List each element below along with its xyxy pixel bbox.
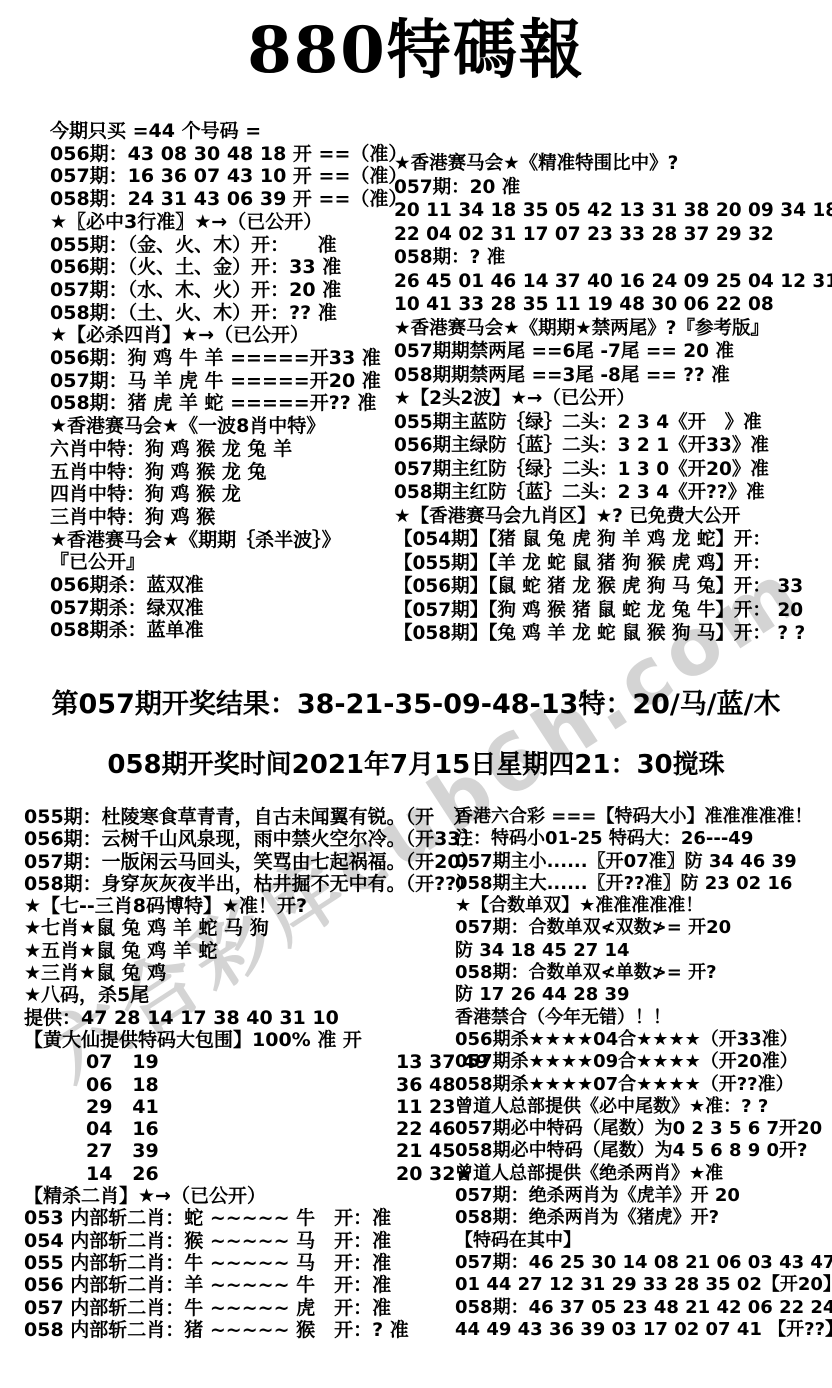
table-cell: 06 18 [24,1074,396,1096]
next-draw-announcement: 058期开奖时间2021年7月15日星期四21：30搅珠 [0,744,832,781]
text-line: 057期杀★★★★09合★★★★（开20准） [455,1051,832,1073]
text-line: 057期：一版闲云马回头，笑骂由七起祸福。（开20） [24,851,454,873]
bottom-left-bottom-lines: 【精杀二肖】★→（已公开）053 内部斩二肖：蛇 ~~~~~ 牛 开：准054 … [24,1185,454,1341]
table-cell: 07 19 [24,1051,396,1073]
text-line: 058期杀★★★★07合★★★★（开??准） [455,1074,832,1096]
text-line: 香港禁合（今年无错）！！ [455,1007,832,1029]
text-line: 057期：46 25 30 14 08 21 06 03 43 47 [455,1252,832,1274]
text-line: 058 内部斩二肖：猪 ~~~~~ 猴 开：? 准 [24,1319,454,1341]
text-line: 057期主小......〖开07准〗防 34 46 39 [455,851,832,873]
text-line: 防 17 26 44 28 39 [455,984,832,1006]
text-line: 056期杀：蓝双准 [50,574,395,597]
text-line: 今期只买 =44 个号码 = [50,120,395,143]
text-line: 056 内部斩二肖：羊 ~~~~~ 牛 开：准 [24,1274,454,1296]
text-line: 【黄大仙提供特码大包围】100% 准 开 [24,1029,454,1051]
text-line: 058期主红防｛蓝｝二头：2 3 4《开??》准 [394,481,830,505]
text-line: 【054期】【猪 鼠 兔 虎 狗 羊 鸡 龙 蛇】开： [394,528,830,552]
text-line: 注：特码小01-25 特码大：26---49 [455,828,832,850]
text-line: 058期：身穿灰灰夜半出，枯井掘不无中有。（开??） [24,873,454,895]
text-line: 曾道人总部提供《绝杀两肖》★准 [455,1163,832,1185]
table-cell: 04 16 [24,1118,396,1140]
text-line: ★【七--三肖8码博特】★准！开? [24,895,454,917]
text-line: 曾道人总部提供《必中尾数》★准：? ? [455,1096,832,1118]
text-line: 20 11 34 18 35 05 42 13 31 38 20 09 34 1… [394,199,830,223]
text-line: 【特码在其中】 [455,1230,832,1252]
table-cell: 27 39 [24,1140,396,1162]
text-line: ★香港赛马会★《期期｛杀半波｝》 [50,529,395,552]
text-line: 【055期】【羊 龙 蛇 鼠 猪 狗 猴 虎 鸡】开： [394,552,830,576]
text-line: 057期：马 羊 虎 牛 =====开20 准 [50,370,395,393]
text-line: 056期：（火、土、金）开：33 准 [50,256,395,279]
table-cell: 11 23 [396,1096,456,1118]
text-line: 【057期】【狗 鸡 猴 猪 鼠 蛇 龙 兔 牛】开： 20 [394,599,830,623]
text-line: 防 34 18 45 27 14 [455,940,832,962]
text-line: ★香港赛马会★《精准特围比中》? [394,152,830,176]
text-line: ★三肖★鼠 兔 鸡 [24,962,454,984]
text-line: 055期：杜陵寒食草青青，自古未闻翼有锐。（开 ） [24,806,454,828]
text-line: 057 内部斩二肖：牛 ~~~~~ 虎 开：准 [24,1297,454,1319]
text-line: 057期：绝杀两肖为《虎羊》开 20 [455,1185,832,1207]
text-line: 057期：（水、木、火）开：20 准 [50,279,395,302]
text-line: 058期杀：蓝单准 [50,619,395,642]
text-line: 057期：20 准 [394,176,830,200]
top-left-column: 今期只买 =44 个号码 =056期：43 08 30 48 18 开 ==（准… [50,120,395,642]
text-line: 057期：16 36 07 43 10 开 ==（准） [50,165,395,188]
bottom-left-top-lines: 055期：杜陵寒食草青青，自古未闻翼有锐。（开 ）056期：云树千山风泉现，雨中… [24,806,454,1051]
page-title: 880特碼報 [0,16,832,86]
text-line: 058期：合数单双≮单数≯= 开? [455,962,832,984]
text-line: 057期必中特码（尾数）为0 2 3 5 6 7开20 [455,1118,832,1140]
baowei-row: 27 3921 45 [24,1140,454,1162]
text-line: 057期杀：绿双准 [50,597,395,620]
text-line: 058期：猪 虎 羊 蛇 =====开?? 准 [50,392,395,415]
table-cell: 14 26 [24,1163,396,1185]
text-line: 【056期】【鼠 蛇 猪 龙 猴 虎 狗 马 兔】开： 33 [394,575,830,599]
text-line: 三肖中特：狗 鸡 猴 [50,506,395,529]
text-line: 058期：绝杀两肖为《猪虎》开? [455,1207,832,1229]
text-line: 058期必中特码（尾数）为4 5 6 8 9 0开? [455,1140,832,1162]
text-line: 44 49 43 36 39 03 17 02 07 41 【开??】 [455,1319,832,1341]
baowei-row: 14 2620 32★ [24,1163,454,1185]
text-line: 054 内部斩二肖：猴 ~~~~~ 马 开：准 [24,1230,454,1252]
text-line: 058期：（土、火、木）开：?? 准 [50,302,395,325]
text-line: 五肖中特：狗 鸡 猴 龙 兔 [50,461,395,484]
text-line: 058期期禁两尾 ==3尾 -8尾 == ?? 准 [394,364,830,388]
text-line: ★【2头2波】★→（已公开） [394,387,830,411]
text-line: 057期期禁两尾 ==6尾 -7尾 == 20 准 [394,340,830,364]
text-line: 【精杀二肖】★→（已公开） [24,1185,454,1207]
text-line: 01 44 27 12 31 29 33 28 35 02【开20】 [455,1274,832,1296]
text-line: 058期：? 准 [394,246,830,270]
text-line: 10 41 33 28 35 11 19 48 30 06 22 08 [394,293,830,317]
text-line: 提供：47 28 14 17 38 40 31 10 [24,1007,454,1029]
text-line: 056期：云树千山风泉现，雨中禁火空尔冷。（开33） [24,828,454,850]
baowei-number-table: 07 1913 37 4906 1836 4829 4111 2304 1622… [24,1051,454,1185]
baowei-row: 04 1622 46 [24,1118,454,1140]
text-line: 058期：46 37 05 23 48 21 42 06 22 24 [455,1297,832,1319]
text-line: 『已公开』 [50,551,395,574]
text-line: 26 45 01 46 14 37 40 16 24 09 25 04 12 3… [394,270,830,294]
text-line: ★【合数单双】★准准准准准！ [455,895,832,917]
text-line: ★香港赛马会★《期期★禁两尾》?『参考版』 [394,317,830,341]
text-line: 056期：43 08 30 48 18 开 ==（准） [50,143,395,166]
text-line: 057期：合数单双≮双数≯= 开20 [455,917,832,939]
text-line: 055 内部斩二肖：牛 ~~~~~ 马 开：准 [24,1252,454,1274]
text-line: 055期：（金、火、木）开： 准 [50,234,395,257]
baowei-row: 07 1913 37 49 [24,1051,454,1073]
table-cell: 29 41 [24,1096,396,1118]
text-line: ★【香港赛马会九肖区】★? 已免费大公开 [394,505,830,529]
text-line: 053 内部斩二肖：蛇 ~~~~~ 牛 开：准 [24,1207,454,1229]
draw-result-announcement: 第057期开奖结果：38-21-35-09-48-13特：20/马/蓝/木 [0,682,832,721]
text-line: 055期主蓝防｛绿｝二头：2 3 4《开 》准 [394,411,830,435]
baowei-row: 29 4111 23 [24,1096,454,1118]
text-line: 22 04 02 31 17 07 23 33 28 37 29 32 [394,223,830,247]
text-line: 058期：24 31 43 06 39 开 ==（准） [50,188,395,211]
table-cell: 22 46 [396,1118,456,1140]
text-line: 057期主红防｛绿｝二头：1 3 0《开20》准 [394,458,830,482]
text-line: 056期杀★★★★04合★★★★（开33准） [455,1029,832,1051]
text-line: 六肖中特：狗 鸡 猴 龙 兔 羊 [50,438,395,461]
text-line: ★【必杀四肖】★→（已公开） [50,324,395,347]
text-line: 056期主绿防｛蓝｝二头：3 2 1《开33》准 [394,434,830,458]
baowei-row: 06 1836 48 [24,1074,454,1096]
text-line: ★香港赛马会★《一波8肖中特》 [50,415,395,438]
text-line: ★七肖★鼠 兔 鸡 羊 蛇 马 狗 [24,917,454,939]
table-cell: 36 48 [396,1074,456,1096]
text-line: 香港六合彩 ===【特码大小】准准准准准！ [455,806,832,828]
text-line: 056期：狗 鸡 牛 羊 =====开33 准 [50,347,395,370]
top-right-column: ★香港赛马会★《精准特围比中》?057期：20 准20 11 34 18 35 … [394,152,830,646]
table-cell: 21 45 [396,1140,456,1162]
text-line: ★五肖★鼠 兔 鸡 羊 蛇 [24,940,454,962]
text-line: 058期主大......〖开??准〗防 23 02 16 [455,873,832,895]
bottom-left-column: 055期：杜陵寒食草青青，自古未闻翼有锐。（开 ）056期：云树千山风泉现，雨中… [24,806,454,1341]
text-line: ★八码，杀5尾 [24,984,454,1006]
text-line: 四肖中特：狗 鸡 猴 龙 [50,483,395,506]
bottom-right-column: 香港六合彩 ===【特码大小】准准准准准！注：特码小01-25 特码大：26--… [455,806,832,1341]
text-line: ★〖必中3行准〗★→（已公开） [50,211,395,234]
text-line: 【058期】【兔 鸡 羊 龙 蛇 鼠 猴 狗 马】开： ? ? [394,622,830,646]
